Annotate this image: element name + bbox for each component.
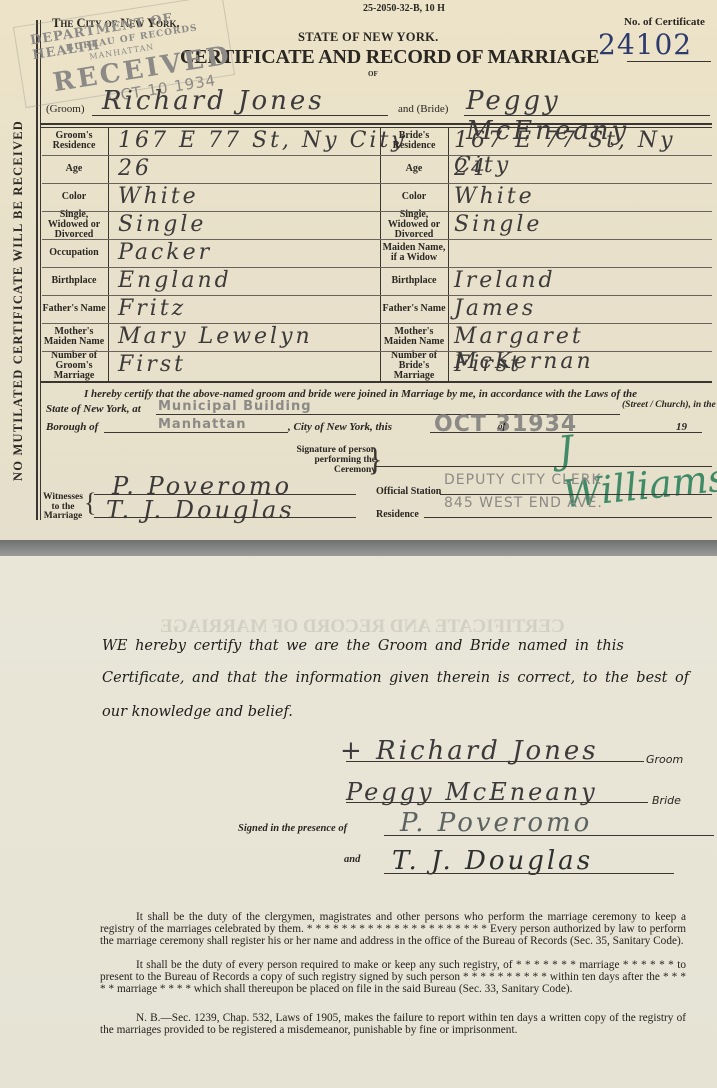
groom-name[interactable]: Richard Jones	[102, 86, 325, 116]
row-divider	[42, 183, 712, 184]
groom-row-label: Father's Name	[42, 295, 106, 323]
groom-name-line	[92, 115, 388, 116]
bride-color-value[interactable]: White	[454, 184, 535, 209]
law-paragraph-1: It shall be the duty of the clergymen, m…	[100, 911, 686, 947]
certificate-front-page: NO MUTILATED CERTIFICATE WILL BE RECEIVE…	[0, 0, 717, 540]
groom-row-label: Number of Groom's Marriage	[42, 351, 106, 381]
grid-line	[448, 127, 449, 381]
bride-father-value[interactable]: James	[454, 296, 536, 321]
witness-1-line	[94, 494, 356, 495]
bride-birthplace-value[interactable]: Ireland	[454, 268, 556, 293]
groom-signature-line	[346, 761, 644, 762]
city-label: , City of New York, this	[288, 421, 392, 433]
bride-status-value[interactable]: Single	[454, 212, 542, 237]
law-paragraph-3: N. B.—Sec. 1239, Chap. 532, Laws of 1905…	[100, 1012, 686, 1036]
row-divider	[42, 295, 712, 296]
bride-residence-value[interactable]: 167 E 77 St, Ny City	[454, 128, 717, 178]
bride-row-label: Father's Name	[382, 295, 446, 323]
certificate-number: 24102	[598, 28, 692, 61]
groom-birthplace-value[interactable]: England	[118, 268, 232, 293]
groom-age-value[interactable]: 26	[118, 156, 152, 181]
bride-row-label: Bride's Residence	[382, 127, 446, 155]
residence-line	[424, 517, 712, 518]
bride-row-label: Color	[382, 183, 446, 211]
and-label: and	[344, 854, 360, 865]
law-paragraph-2: It shall be the duty of every person req…	[100, 959, 686, 995]
officiant-residence-value[interactable]: 845 WEST END AVE.	[444, 495, 603, 511]
bride-marriage-number-value[interactable]: First	[454, 352, 522, 377]
bride-row-label: Mother's Maiden Name	[382, 323, 446, 351]
groom-occupation-value[interactable]: Packer	[118, 240, 212, 265]
bride-row-label: Maiden Name, if a Widow	[382, 239, 446, 267]
groom-color-value[interactable]: White	[118, 184, 199, 209]
groom-signature-label: Groom	[646, 753, 683, 766]
groom-row-label: Color	[42, 183, 106, 211]
bride-row-label: Number of Bride's Marriage	[382, 351, 446, 381]
bride-name-line	[464, 115, 710, 116]
table-bottom-border	[40, 381, 712, 383]
bride-row-label: Single, Widowed or Divorced	[382, 211, 446, 239]
witness-2-signature[interactable]: T. J. Douglas	[106, 496, 295, 524]
residence-label: Residence	[376, 509, 419, 520]
row-divider	[42, 155, 712, 156]
certificate-back-page: CERTIFICATE AND RECORD OF MARRIAGE WE he…	[0, 556, 717, 1088]
officiant-signature-label: Signature of person performing the Cerem…	[286, 445, 376, 475]
borough-line	[104, 432, 288, 433]
borough-value[interactable]: Manhattan	[158, 417, 246, 432]
groom-residence-value[interactable]: 167 E 77 St, Ny City	[118, 128, 407, 153]
officiant-signature-line	[376, 466, 712, 467]
groom-row-label: Groom's Residence	[42, 127, 106, 155]
state-header: STATE OF NEW YORK.	[298, 30, 439, 45]
grid-line	[380, 127, 381, 381]
groom-row-label: Single, Widowed or Divorced	[42, 211, 106, 239]
bride-row-label: Age	[382, 155, 446, 183]
couple-certify-line-2: Certificate, and that the information gi…	[102, 670, 689, 686]
grid-line	[108, 127, 109, 381]
row-divider	[42, 267, 712, 268]
official-station-value[interactable]: DEPUTY CITY CLERK	[444, 472, 602, 488]
row-divider	[42, 323, 712, 324]
row-divider	[42, 351, 712, 352]
groom-row-label: Occupation	[42, 239, 106, 267]
groom-status-value[interactable]: Single	[118, 212, 206, 237]
borough-label: Borough of	[46, 421, 98, 433]
row-divider	[42, 211, 712, 212]
groom-row-label: Mother's Maiden Name	[42, 323, 106, 351]
groom-father-value[interactable]: Fritz	[118, 296, 186, 321]
table-top-border	[40, 123, 712, 125]
couple-certify-text-1: WE hereby certify that we are the Groom …	[102, 638, 624, 654]
groom-marriage-number-value[interactable]: First	[118, 352, 186, 377]
signed-in-presence-label: Signed in the presence of	[238, 823, 347, 834]
form-code: 25-2050-32-B, 10 H	[363, 3, 445, 14]
presence-witness-1-line	[384, 835, 714, 836]
groom-mother-value[interactable]: Mary Lewelyn	[118, 324, 313, 349]
certificate-title: CERTIFICATE AND RECORD OF MARRIAGE	[180, 46, 599, 69]
bride-signature-line	[346, 802, 648, 803]
witness-2-line	[94, 517, 356, 518]
official-station-label: Official Station	[376, 486, 441, 497]
street-church-label: (Street / Church), in the	[622, 400, 716, 410]
groom-label: (Groom)	[46, 103, 85, 115]
bride-age-value[interactable]: 24	[454, 156, 488, 181]
presence-witness-2-signature[interactable]: T. J. Douglas	[392, 846, 593, 876]
brace-icon: }	[368, 441, 382, 478]
groom-row-label: Age	[42, 155, 106, 183]
bride-label: and (Bride)	[398, 103, 448, 115]
presence-witness-2-line	[384, 873, 674, 874]
groom-row-label: Birthplace	[42, 267, 106, 295]
bleed-through-title: CERTIFICATE AND RECORD OF MARRIAGE	[160, 616, 565, 638]
witnesses-label: Witnesses to the Marriage	[40, 493, 86, 522]
certificate-number-underline	[627, 61, 711, 62]
side-notice-text: NO MUTILATED CERTIFICATE WILL BE RECEIVE…	[11, 120, 26, 481]
row-divider	[42, 239, 712, 240]
bride-row-label: Birthplace	[382, 267, 446, 295]
brace-icon: {	[84, 488, 96, 518]
presence-witness-1-signature[interactable]: P. Poveromo	[400, 808, 592, 838]
date-of-label: of	[498, 421, 506, 431]
side-notice: NO MUTILATED CERTIFICATE WILL BE RECEIVE…	[4, 90, 32, 510]
couple-certify-line-1: WE hereby certify that we are the Groom …	[102, 638, 624, 654]
certify-state-label: State of New York, at	[46, 403, 141, 415]
bride-signature-label: Bride	[652, 794, 681, 807]
ceremony-place-value[interactable]: Municipal Building	[158, 399, 312, 414]
couple-certify-line-3: our knowledge and belief.	[102, 704, 293, 720]
certificate-number-label: No. of Certificate	[624, 16, 705, 28]
page-separator	[0, 540, 717, 556]
of-label: OF	[368, 70, 378, 78]
